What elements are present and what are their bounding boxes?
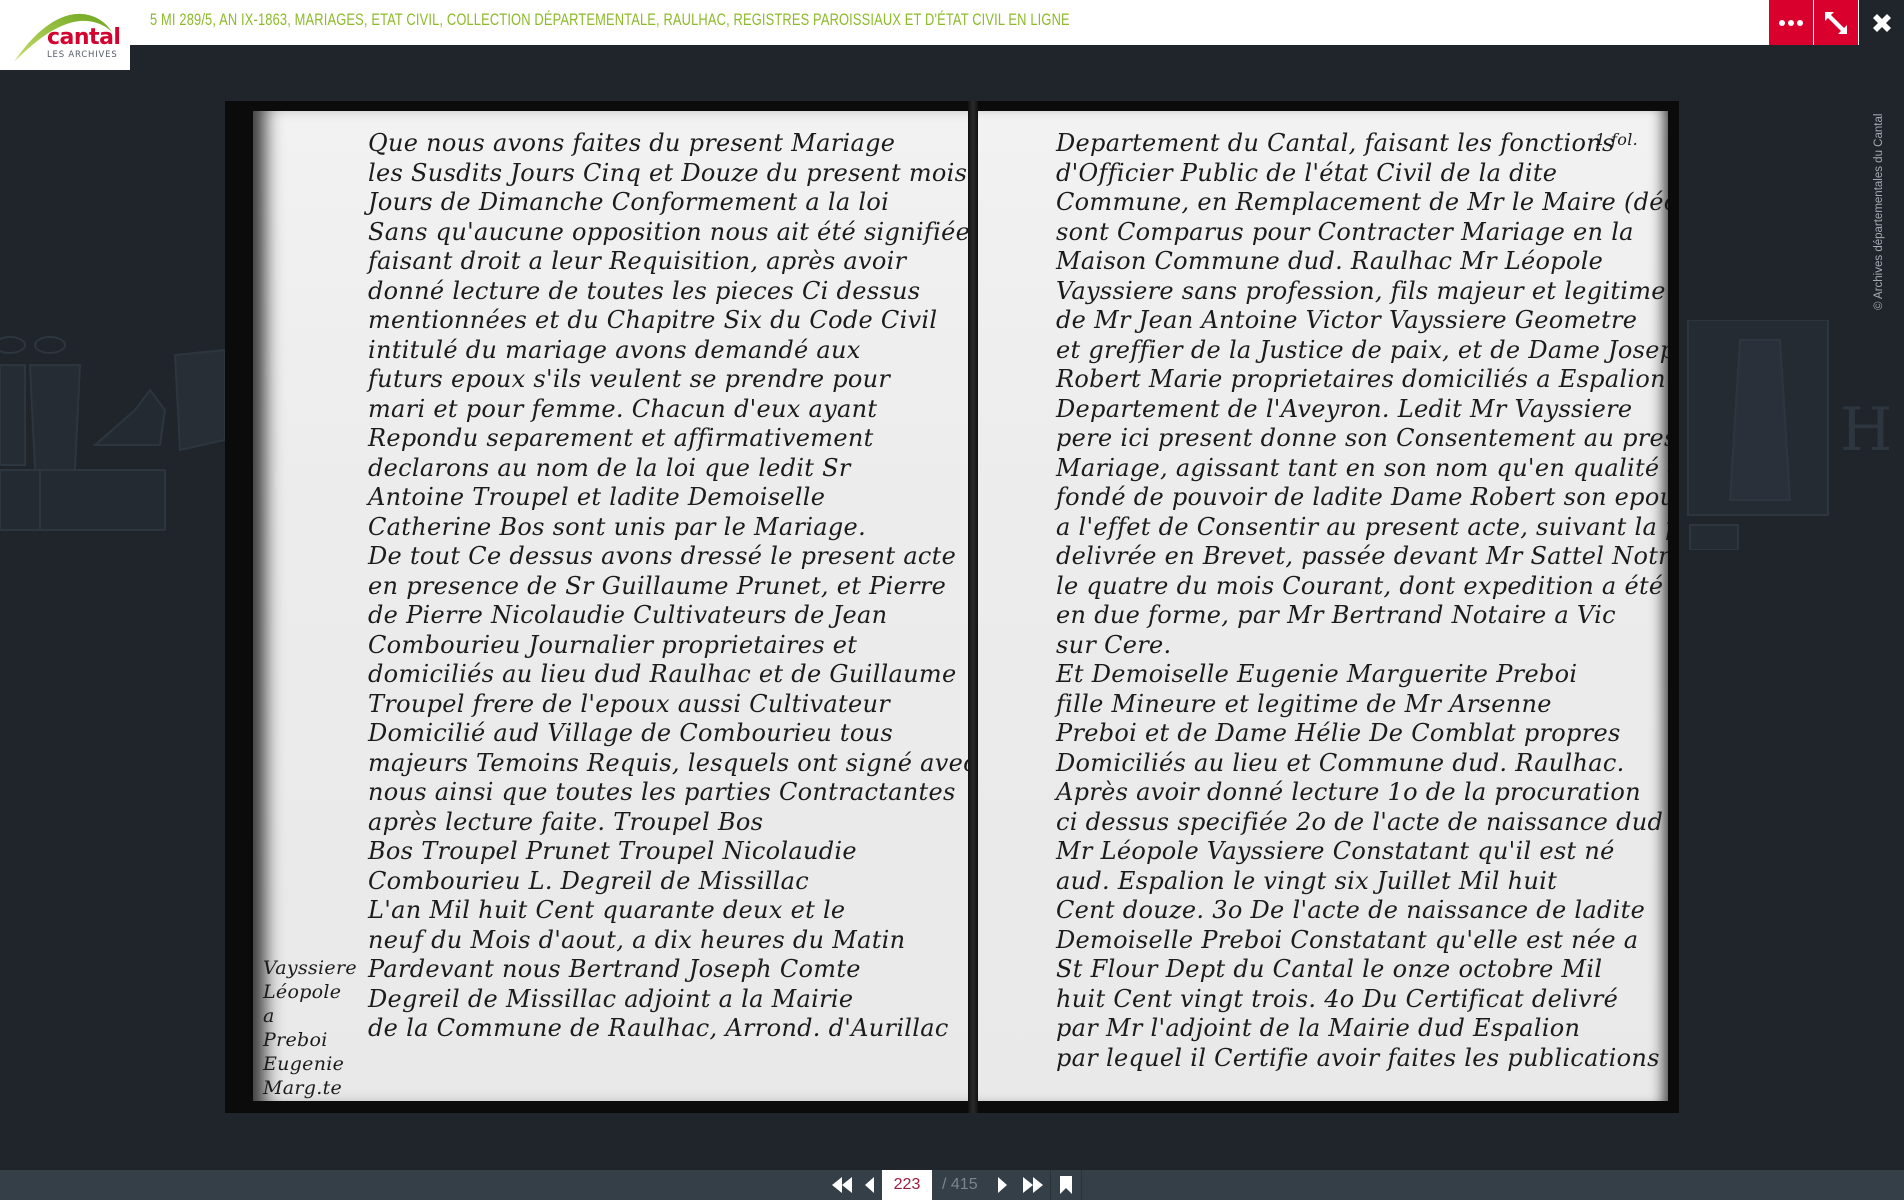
document-title: 5 MI 289/5, AN IX-1863, MARIAGES, ETAT C… — [150, 11, 1070, 30]
cantal-archives-logo[interactable]: cantal LES ARCHIVES — [0, 0, 130, 70]
handwritten-line: en presence de Sr Guillaume Prunet, et P… — [368, 572, 968, 602]
handwritten-line: Departement de l'Aveyron. Ledit Mr Vayss… — [1056, 395, 1668, 425]
handwritten-line: Mariage, agissant tant en son nom qu'en … — [1056, 454, 1668, 484]
handwritten-line: Maison Commune dud. Raulhac Mr Léopole — [1056, 247, 1668, 277]
toolbar-divider — [1081, 1170, 1082, 1200]
handwritten-line: Antoine Troupel et ladite Demoiselle — [368, 483, 968, 513]
handwritten-line: Domicilié aud Village de Combourieu tous — [368, 719, 968, 749]
handwritten-line: Robert Marie proprietaires domiciliés a … — [1056, 365, 1668, 395]
handwritten-line: a l'effet de Consentir au present acte, … — [1056, 513, 1668, 543]
logo-subtitle: LES ARCHIVES — [47, 50, 118, 60]
svg-text:H: H — [1840, 395, 1892, 465]
handwritten-line: Demoiselle Preboi Constatant qu'elle est… — [1056, 926, 1668, 956]
fullscreen-button[interactable] — [1814, 0, 1858, 45]
handwritten-line: L'an Mil huit Cent quarante deux et le — [368, 896, 968, 926]
handwritten-line: Et Demoiselle Eugenie Marguerite Preboi — [1056, 660, 1668, 690]
first-page-button[interactable] — [826, 1170, 858, 1200]
handwritten-line: sur Cere. — [1056, 631, 1668, 661]
handwritten-line: d'Officier Public de l'état Civil de la … — [1056, 159, 1668, 189]
close-x-icon — [1871, 12, 1893, 34]
handwritten-line: Eugenie — [263, 1052, 357, 1076]
document-image[interactable]: Que nous avons faites du present Mariage… — [225, 101, 1679, 1113]
handwritten-line: Vayssiere — [263, 956, 357, 980]
handwritten-line: de Pierre Nicolaudie Cultivateurs de Jea… — [368, 601, 968, 631]
handwritten-line: Troupel frere de l'epoux aussi Cultivate… — [368, 690, 968, 720]
handwritten-line: Après avoir donné lecture 1o de la procu… — [1056, 778, 1668, 808]
handwritten-line: Jours de Dimanche Conformement a la loi — [368, 188, 968, 218]
handwritten-line: Que nous avons faites du present Mariage — [368, 129, 968, 159]
last-page-button[interactable] — [1018, 1170, 1048, 1200]
current-page-input[interactable] — [882, 1170, 932, 1200]
handwritten-line: Preboi et de Dame Hélie De Comblat propr… — [1056, 719, 1668, 749]
handwritten-line: mari et pour femme. Chacun d'eux ayant — [368, 395, 968, 425]
handwritten-line: Mr Léopole Vayssiere Constatant qu'il es… — [1056, 837, 1668, 867]
chevron-left-icon — [863, 1175, 875, 1195]
bookmark-button[interactable] — [1053, 1170, 1079, 1200]
handwritten-line: par Mr l'adjoint de la Mairie dud Espali… — [1056, 1014, 1668, 1044]
handwritten-line: Catherine Bos sont unis par le Mariage. — [368, 513, 968, 543]
handwritten-line: le quatre du mois Courant, dont expediti… — [1056, 572, 1668, 602]
right-page-text: Departement du Cantal, faisant les fonct… — [1056, 129, 1668, 1073]
handwritten-line: Commune, en Remplacement de Mr le Maire … — [1056, 188, 1668, 218]
handwritten-line: fondé de pouvoir de ladite Dame Robert s… — [1056, 483, 1668, 513]
margin-notes: VayssiereLéopoleaPreboiEugenieMarg.te — [263, 956, 357, 1100]
close-button[interactable] — [1859, 0, 1904, 45]
copyright-credit: © Archives départementales du Cantal — [1873, 114, 1885, 310]
handwritten-line: nous ainsi que toutes les parties Contra… — [368, 778, 968, 808]
bookmark-icon — [1059, 1175, 1073, 1195]
handwritten-line: sont Comparus pour Contracter Mariage en… — [1056, 218, 1668, 248]
handwritten-line: Combourieu Journalier proprietaires et — [368, 631, 968, 661]
handwritten-line: Pardevant nous Bertrand Joseph Comte — [368, 955, 968, 985]
left-page: Que nous avons faites du present Mariage… — [253, 111, 968, 1101]
handwritten-line: Repondu separement et affirmativement — [368, 424, 968, 454]
toolbar-divider — [1050, 1170, 1051, 1200]
handwritten-line: pere ici present donne son Consentement … — [1056, 424, 1668, 454]
chevron-right-icon — [997, 1175, 1009, 1195]
handwritten-line: de Mr Jean Antoine Victor Vayssiere Geom… — [1056, 306, 1668, 336]
handwritten-line: domiciliés au lieu dud Raulhac et de Gui… — [368, 660, 968, 690]
handwritten-line: neuf du Mois d'aout, a dix heures du Mat… — [368, 926, 968, 956]
handwritten-line: de la Commune de Raulhac, Arrond. d'Auri… — [368, 1014, 968, 1044]
handwritten-line: fille Mineure et legitime de Mr Arsenne — [1056, 690, 1668, 720]
handwritten-line: a — [263, 1004, 357, 1028]
handwritten-line: Bos Troupel Prunet Troupel Nicolaudie — [368, 837, 968, 867]
handwritten-line: delivrée en Brevet, passée devant Mr Sat… — [1056, 542, 1668, 572]
next-page-button[interactable] — [994, 1170, 1012, 1200]
handwritten-line: Cent douze. 3o De l'acte de naissance de… — [1056, 896, 1668, 926]
double-chevron-left-icon — [830, 1175, 854, 1195]
previous-page-button[interactable] — [860, 1170, 878, 1200]
total-pages: / 415 — [942, 1176, 978, 1194]
handwritten-line: après lecture faite. Troupel Bos — [368, 808, 968, 838]
handwritten-line: les Susdits Jours Cinq et Douze du prese… — [368, 159, 968, 189]
handwritten-line: De tout Ce dessus avons dressé le presen… — [368, 542, 968, 572]
handwritten-line: Combourieu L. Degreil de Missillac — [368, 867, 968, 897]
handwritten-line: Preboi — [263, 1028, 357, 1052]
handwritten-line: Departement du Cantal, faisant les fonct… — [1056, 129, 1668, 159]
handwritten-line: Vayssiere sans profession, fils majeur e… — [1056, 277, 1668, 307]
left-page-text: Que nous avons faites du present Mariage… — [368, 129, 968, 1044]
handwritten-line: aud. Espalion le vingt six Juillet Mil h… — [1056, 867, 1668, 897]
page-gutter — [968, 101, 978, 1113]
handwritten-line: et greffier de la Justice de paix, et de… — [1056, 336, 1668, 366]
handwritten-line: mentionnées et du Chapitre Six du Code C… — [368, 306, 968, 336]
page-navigation-toolbar: / 415 — [0, 1170, 1904, 1200]
handwritten-line: Marg.te — [263, 1076, 357, 1100]
handwritten-line: majeurs Temoins Requis, lesquels ont sig… — [368, 749, 968, 779]
logo-wordmark: cantal — [47, 27, 120, 49]
handwritten-line: Degreil de Missillac adjoint a la Mairie — [368, 985, 968, 1015]
handwritten-line: par lequel il Certifie avoir faites les … — [1056, 1044, 1668, 1074]
handwritten-line: St Flour Dept du Cantal le onze octobre … — [1056, 955, 1668, 985]
handwritten-line: declarons au nom de la loi que ledit Sr — [368, 454, 968, 484]
handwritten-line: huit Cent vingt trois. 4o Du Certificat … — [1056, 985, 1668, 1015]
handwritten-line: ci dessus specifiée 2o de l'acte de nais… — [1056, 808, 1668, 838]
handwritten-line: faisant droit a leur Requisition, après … — [368, 247, 968, 277]
handwritten-line: Domiciliés au lieu et Commune dud. Raulh… — [1056, 749, 1668, 779]
double-chevron-right-icon — [1021, 1175, 1045, 1195]
header-bar: 5 MI 289/5, AN IX-1863, MARIAGES, ETAT C… — [0, 0, 1904, 45]
handwritten-line: futurs epoux s'ils veulent se prendre po… — [368, 365, 968, 395]
handwritten-line: donné lecture de toutes les pieces Ci de… — [368, 277, 968, 307]
handwritten-line: intitulé du mariage avons demandé aux — [368, 336, 968, 366]
more-dots-icon — [1779, 20, 1803, 26]
right-page: 1 fol. Departement du Cantal, faisant le… — [978, 111, 1668, 1101]
more-options-button[interactable] — [1769, 0, 1813, 45]
expand-arrows-icon — [1823, 10, 1849, 36]
handwritten-line: en due forme, par Mr Bertrand Notaire a … — [1056, 601, 1668, 631]
handwritten-line: Léopole — [263, 980, 357, 1004]
handwritten-line: Sans qu'aucune opposition nous ait été s… — [368, 218, 968, 248]
